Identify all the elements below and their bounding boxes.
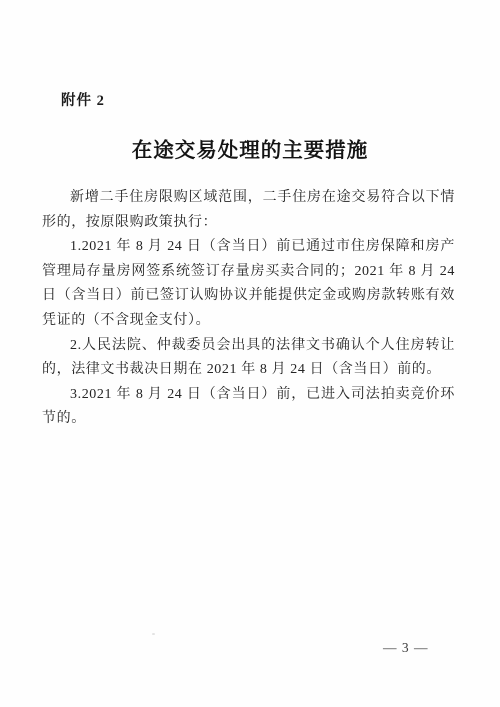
- attachment-label: 附件 2: [61, 89, 105, 110]
- paragraph-intro: 新增二手住房限购区域范围，二手住房在途交易符合以下情形的，按原限购政策执行：: [42, 186, 455, 235]
- document-title: 在途交易处理的主要措施: [0, 133, 500, 163]
- paragraph-item-1: 1.2021 年 8 月 24 日（含当日）前已通过市住房保障和房产管理局存量房…: [42, 235, 455, 333]
- paragraph-item-3: 3.2021 年 8 月 24 日（含当日）前，已进入司法拍卖竞价环节的。: [42, 383, 455, 432]
- scan-artifact: [152, 633, 155, 635]
- scanned-document-page: 附件 2 在途交易处理的主要措施 新增二手住房限购区域范围，二手住房在途交易符合…: [0, 0, 500, 707]
- paragraph-item-2: 2.人民法院、仲裁委员会出具的法律文书确认个人住房转让的，法律文书裁决日期在 2…: [42, 334, 455, 383]
- page-number: — 3 —: [383, 640, 429, 656]
- document-body: 新增二手住房限购区域范围，二手住房在途交易符合以下情形的，按原限购政策执行： 1…: [42, 186, 455, 432]
